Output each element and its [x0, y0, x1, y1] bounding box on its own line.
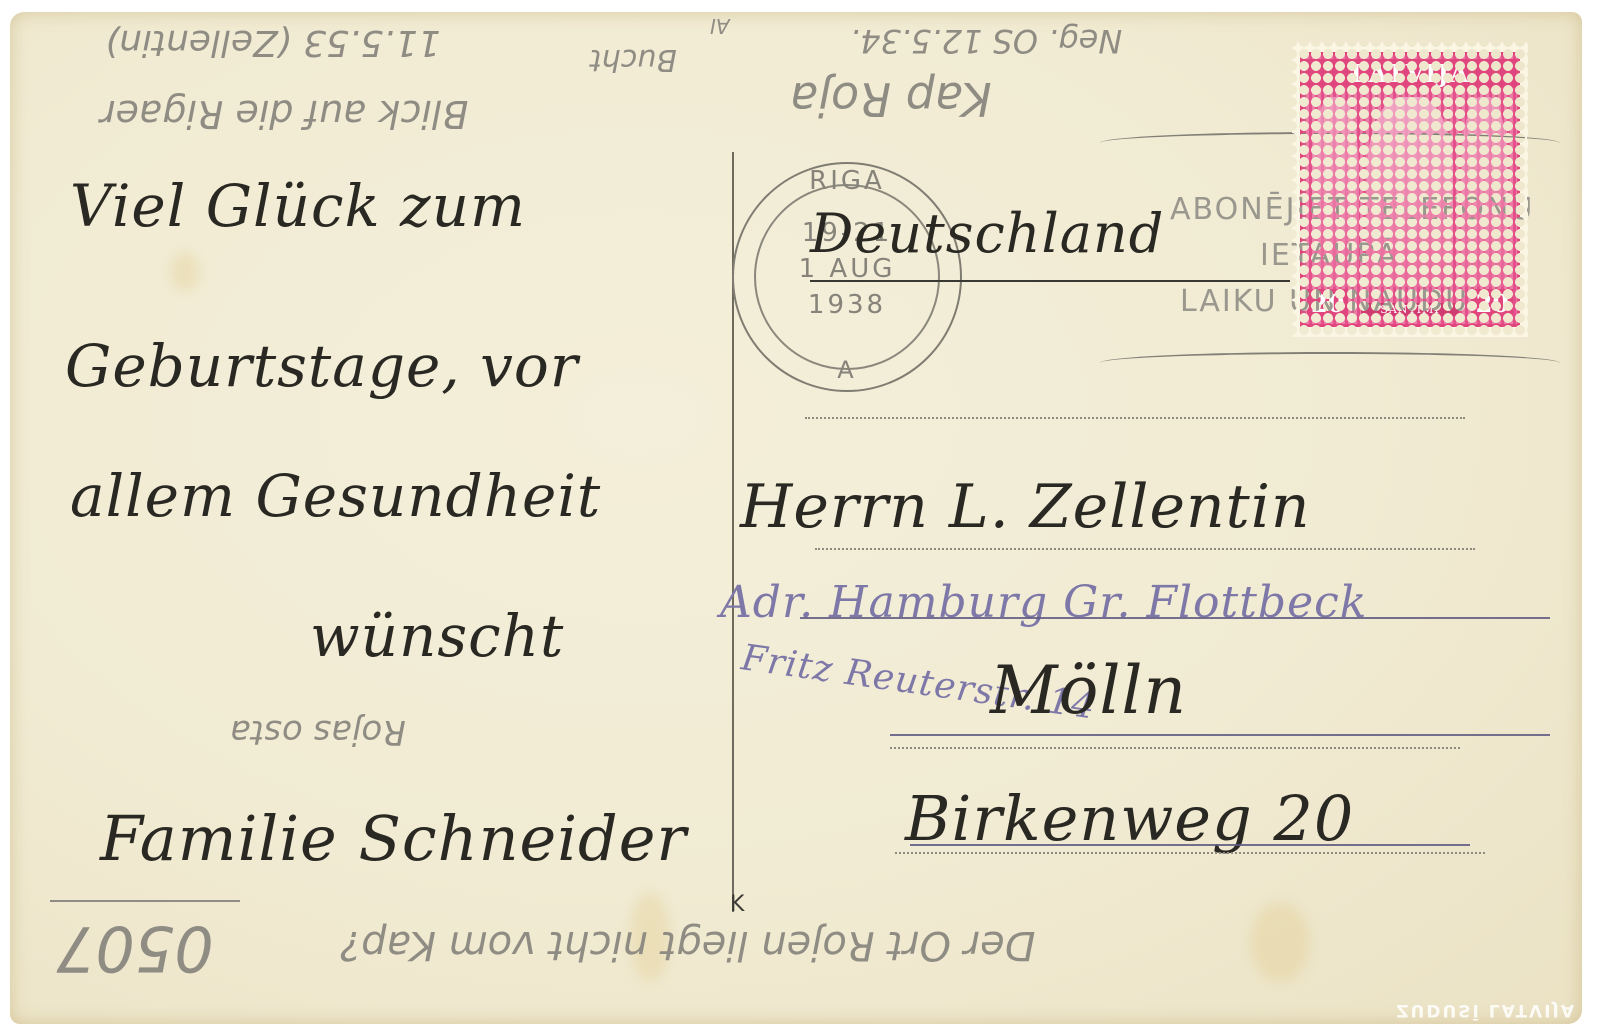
stamp-figure-center — [1367, 97, 1453, 287]
postmark-code: A — [732, 356, 962, 384]
postage-stamp: LATVIJA 20 SANTIMI 20 — [1292, 42, 1528, 337]
pencil-note-bottom: Der Ort Rojen liegt nicht vom Kap? — [340, 922, 1036, 968]
postmark-city: RIGA — [732, 166, 962, 196]
stamp-value-right: 20 — [1472, 289, 1513, 318]
forwarding-address-1: Adr. Hamburg Gr. Flottbeck — [720, 577, 1367, 628]
pencil-note-caption: Blick auf die Rigaer — [100, 92, 469, 136]
address-rule-2 — [815, 548, 1475, 550]
postmark: RIGA 19-21 1 AUG 1938 A — [732, 162, 962, 392]
message-line-4: wünscht — [310, 602, 564, 670]
address-rule-1 — [805, 417, 1465, 419]
postmark-year: 1938 — [732, 290, 962, 320]
pencil-note-neg: Neg. OS 12.5.34. — [850, 22, 1122, 60]
country-underline — [810, 280, 1290, 282]
destination-city: Mölln — [990, 652, 1187, 729]
watermark: ZUDUSĪ LATVIJA — [1396, 1000, 1576, 1020]
pencil-note-kap: Kap Roja — [790, 72, 992, 126]
mark: K — [730, 892, 744, 917]
stain — [1250, 902, 1310, 982]
message-line-3: allem Gesundheit — [70, 462, 601, 530]
address-rule-4 — [895, 852, 1485, 854]
stamp-country: LATVIJA — [1303, 59, 1517, 88]
message-line-1: Viel Glück zum — [70, 172, 526, 240]
pencil-note-number: 0507 — [56, 912, 214, 985]
strikethrough — [890, 734, 1550, 736]
stamp-figure-left — [1312, 97, 1359, 287]
cancel-wave — [1100, 352, 1560, 374]
pencil-rule — [50, 900, 240, 902]
pencil-note-date: 11.5.53 (Zellentin) — [105, 22, 441, 63]
destination-country: Deutschland — [810, 202, 1164, 265]
pencil-note-bucht: Bucht — [590, 42, 677, 77]
stamp-figure-right — [1461, 97, 1508, 287]
pencil-note-label: AI — [710, 14, 730, 38]
strikethrough — [910, 844, 1470, 846]
recipient-name: Herrn L. Zellentin — [740, 472, 1311, 542]
stain — [170, 252, 200, 292]
stamp-value-left: 20 — [1307, 289, 1348, 318]
postcard: 11.5.53 (Zellentin) Blick auf die Rigaer… — [10, 12, 1582, 1024]
strikethrough — [800, 617, 1550, 619]
pencil-note-osta: Rojas osta — [230, 712, 406, 752]
signature: Familie Schneider — [100, 802, 687, 875]
stamp-denomination: SANTIMI — [1361, 303, 1459, 316]
address-rule-3 — [890, 747, 1460, 749]
message-line-2: Geburtstage, vor — [65, 332, 579, 400]
